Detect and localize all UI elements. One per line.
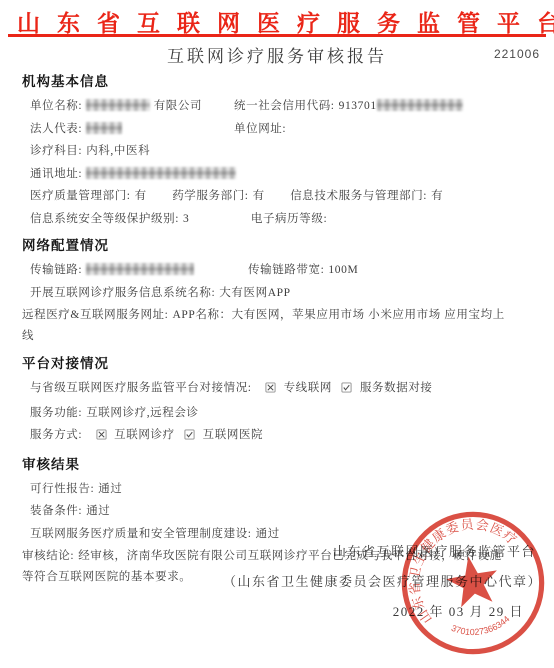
emr-level-label: 电子病历等级: <box>251 213 327 225</box>
subjects-label: 诊疗科目: <box>30 145 82 157</box>
bandwidth-group: 传输链路带宽:100M <box>248 259 358 282</box>
row-platform-connect: 与省级互联网医疗服务监管平台对接情况: 专线联网 服务数据对接 <box>22 377 522 402</box>
option-data-link-label: 服务数据对接 <box>360 382 433 394</box>
it-dept-group: 信息技术服务与管理部门:有 <box>290 190 443 202</box>
checkbox-crossed-icon <box>96 426 107 449</box>
section-heading-platform: 平台对接情况 <box>22 352 522 372</box>
system-name-label: 开展互联网诊疗服务信息系统名称: <box>30 287 215 299</box>
section-heading-network: 网络配置情况 <box>22 234 522 254</box>
row-system-name: 开展互联网诊疗服务信息系统名称:大有医网APP <box>22 282 522 305</box>
row-service-mode: 服务方式: 互联网诊疗 互联网医院 <box>22 424 522 449</box>
feasibility-label: 可行性报告: <box>30 483 94 495</box>
section-heading-result: 审核结果 <box>22 453 522 473</box>
row-levels: 信息系统安全等级保护级别:3 电子病历等级: <box>22 208 522 231</box>
report-title: 互联网诊疗服务审核报告 <box>0 42 554 67</box>
checkbox-checked-icon <box>184 426 195 449</box>
row-unit-name: 单位名称: 有限公司 统一社会信用代码:913701 <box>22 95 522 118</box>
checkbox-checked-icon <box>341 379 352 402</box>
audit-report-page: 山东省互联网医疗服务监管平台 互联网诊疗服务审核报告 221006 机构基本信息… <box>0 0 554 668</box>
function-value: 互联网诊疗,远程会诊 <box>86 407 198 419</box>
report-number: 221006 <box>494 47 540 61</box>
checkbox-crossed-icon <box>265 379 276 402</box>
quality-dept-value: 有 <box>135 190 147 202</box>
quality-dept-label: 医疗质量管理部门: <box>30 190 131 202</box>
pharmacy-dept-label: 药学服务部门: <box>172 190 248 202</box>
redacted-credit-code <box>377 99 463 111</box>
redacted-address <box>86 167 236 179</box>
signature-date-line: 2022 年 03 月 29 日 <box>223 597 524 627</box>
row-feasibility: 可行性报告:通过 <box>22 478 522 501</box>
row-equipment: 装备条件:通过 <box>22 500 522 523</box>
row-address: 通讯地址: <box>22 163 522 186</box>
equipment-value: 通过 <box>86 505 110 517</box>
row-legal-rep: 法人代表: 单位网址: <box>22 118 522 141</box>
credit-code-prefix: 913701 <box>339 100 377 112</box>
row-departments: 医疗质量管理部门:有 药学服务部门:有 信息技术服务与管理部门:有 <box>22 185 522 208</box>
quality-system-label: 互联网服务医疗质量和安全管理制度建设: <box>30 528 252 540</box>
redacted-unit-name <box>86 99 150 111</box>
security-level-label: 信息系统安全等级保护级别: <box>30 213 179 225</box>
equipment-label: 装备条件: <box>30 505 82 517</box>
row-subjects: 诊疗科目:内科,中医科 <box>22 140 522 163</box>
pharmacy-dept-group: 药学服务部门:有 <box>172 190 265 202</box>
signature-org-line: 山东省互联网医疗服务监管平台 <box>223 537 536 567</box>
title-underline <box>8 34 546 37</box>
it-dept-value: 有 <box>431 190 443 202</box>
bandwidth-value: 100M <box>328 264 358 276</box>
mode-option2-label: 互联网医院 <box>203 429 264 441</box>
mode-label: 服务方式: <box>30 429 82 441</box>
function-label: 服务功能: <box>30 407 82 419</box>
quality-dept-group: 医疗质量管理部门:有 <box>30 190 147 202</box>
option-private-line-label: 专线联网 <box>284 382 332 394</box>
unit-name-suffix: 有限公司 <box>154 100 202 112</box>
redacted-link <box>86 263 194 275</box>
website-group: 单位网址: <box>234 118 290 141</box>
signature-block: 山东省互联网医疗服务监管平台 （山东省卫生健康委员会医疗管理服务中心代章） 20… <box>223 537 542 627</box>
row-service-function: 服务功能:互联网诊疗,远程会诊 <box>22 402 522 425</box>
it-dept-label: 信息技术服务与管理部门: <box>290 190 427 202</box>
security-level-value: 3 <box>183 213 189 225</box>
report-body: 机构基本信息 单位名称: 有限公司 统一社会信用代码:913701 法人代表: … <box>22 66 522 589</box>
credit-code-group: 统一社会信用代码:913701 <box>234 95 463 118</box>
unit-name-label: 单位名称: <box>30 100 82 112</box>
address-label: 通讯地址: <box>30 168 82 180</box>
system-name-value: 大有医网APP <box>219 287 290 299</box>
mode-option1-label: 互联网诊疗 <box>114 429 175 441</box>
credit-code-label: 统一社会信用代码: <box>234 100 335 112</box>
link-label: 传输链路: <box>30 264 82 276</box>
pharmacy-dept-value: 有 <box>253 190 265 202</box>
connect-label: 与省级互联网医疗服务监管平台对接情况: <box>30 382 252 394</box>
row-remote-url: 远程医疗&互联网服务网址:APP名称：大有医网，苹果应用市场 小米应用市场 应用… <box>22 304 509 348</box>
row-link: 传输链路: 传输链路带宽:100M <box>22 259 522 282</box>
feasibility-value: 通过 <box>98 483 122 495</box>
remote-label: 远程医疗&互联网服务网址: <box>22 309 168 321</box>
section-heading-org-info: 机构基本信息 <box>22 70 522 90</box>
legal-rep-label: 法人代表: <box>30 123 82 135</box>
conclusion-label: 审核结论: <box>22 550 74 562</box>
emr-level-group: 电子病历等级: <box>251 213 331 225</box>
subjects-value: 内科,中医科 <box>86 145 150 157</box>
redacted-legal-rep <box>86 122 122 134</box>
bandwidth-label: 传输链路带宽: <box>248 264 324 276</box>
website-label: 单位网址: <box>234 123 286 135</box>
security-level-group: 信息系统安全等级保护级别:3 <box>30 213 189 225</box>
signature-agency-line: （山东省卫生健康委员会医疗管理服务中心代章） <box>223 567 542 597</box>
